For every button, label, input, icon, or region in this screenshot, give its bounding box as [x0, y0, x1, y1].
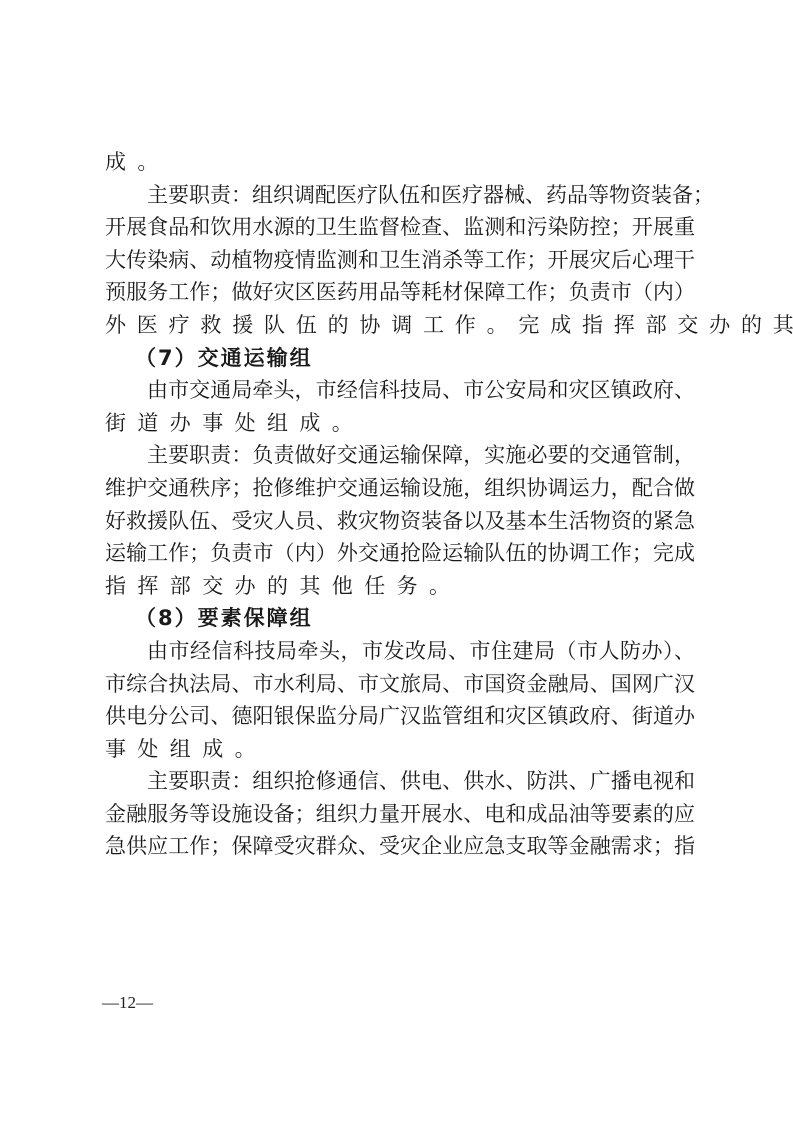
text-line-16: 由市经信科技局牵头，市发改局、市住建局（市人防办）、	[105, 635, 695, 668]
text-line-17: 市综合执法局、市水利局、市文旅局、市国资金融局、国网广汉	[105, 668, 695, 701]
text-line-18: 供电分公司、德阳银保监分局广汉监管组和灾区镇政府、街道办	[105, 700, 695, 733]
text-line-5: 预服务工作；做好灾区医药用品等耗材保障工作；负责市（内）	[105, 276, 695, 309]
section-heading-8: （8）要素保障组	[105, 602, 695, 635]
document-page: 成。 主要职责：组织调配医疗队伍和医疗器械、药品等物资装备； 开展食品和饮用水源…	[105, 146, 695, 863]
text-line-13: 运输工作；负责市（内）外交通抢险运输队伍的协调工作；完成	[105, 537, 695, 570]
text-line-1: 成。	[105, 146, 695, 179]
text-line-12: 好救援队伍、受灾人员、救灾物资装备以及基本生活物资的紧急	[105, 505, 695, 538]
text-line-4: 大传染病、动植物疫情监测和卫生消杀等工作；开展灾后心理干	[105, 244, 695, 277]
text-line-8: 由市交通局牵头，市经信科技局、市公安局和灾区镇政府、	[105, 374, 695, 407]
text-line-20: 主要职责：组织抢修通信、供电、供水、防洪、广播电视和	[105, 765, 695, 798]
text-line-21: 金融服务等设施设备；组织力量开展水、电和成品油等要素的应	[105, 798, 695, 831]
text-line-22: 急供应工作；保障受灾群众、受灾企业应急支取等金融需求；指	[105, 830, 695, 863]
text-line-19: 事处组成。	[105, 733, 695, 766]
section-heading-7: （7）交通运输组	[105, 342, 695, 375]
text-line-14: 指挥部交办的其他任务。	[105, 570, 695, 603]
text-line-6: 外医疗救援队伍的协调工作。完成指挥部交办的其他任务。	[105, 309, 695, 342]
text-line-3: 开展食品和饮用水源的卫生监督检查、监测和污染防控；开展重	[105, 211, 695, 244]
text-line-11: 维护交通秩序；抢修维护交通运输设施，组织协调运力，配合做	[105, 472, 695, 505]
text-line-9: 街道办事处组成。	[105, 407, 695, 440]
text-line-10: 主要职责：负责做好交通运输保障，实施必要的交通管制，	[105, 439, 695, 472]
page-number: —12—	[102, 993, 153, 1013]
text-line-2: 主要职责：组织调配医疗队伍和医疗器械、药品等物资装备；	[105, 179, 695, 212]
